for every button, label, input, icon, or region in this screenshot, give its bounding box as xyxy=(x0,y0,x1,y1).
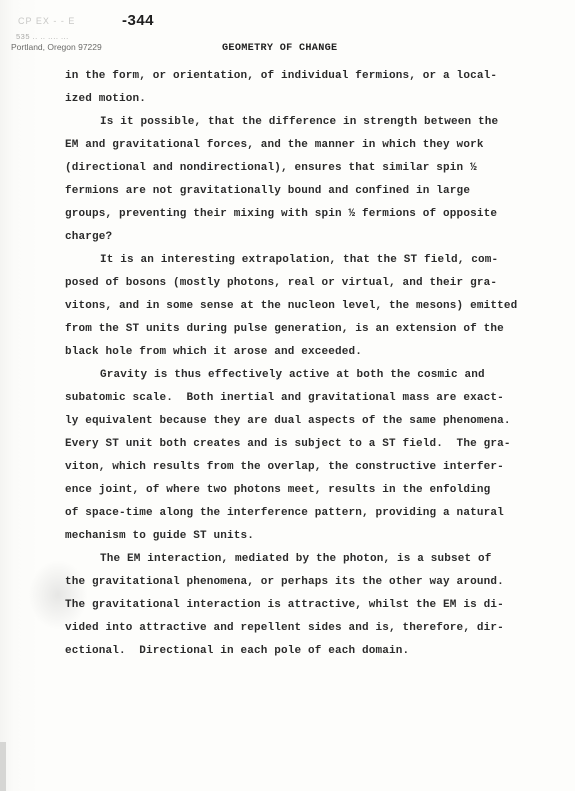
stamp-address-line1: 535 .. .. .... ... xyxy=(16,32,69,41)
body-text: in the form, or orientation, of individu… xyxy=(65,65,535,663)
text-line: Gravity is thus effectively active at bo… xyxy=(65,364,535,387)
text-line: ized motion. xyxy=(65,88,535,111)
text-line: mechanism to guide ST units. xyxy=(65,525,535,548)
text-line: Every ST unit both creates and is subjec… xyxy=(65,433,535,456)
text-line: charge? xyxy=(65,226,535,249)
text-line: viton, which results from the overlap, t… xyxy=(65,456,535,479)
paragraph: The EM interaction, mediated by the phot… xyxy=(65,548,535,663)
text-line: groups, preventing their mixing with spi… xyxy=(65,203,535,226)
text-line: in the form, or orientation, of individu… xyxy=(65,65,535,88)
text-line: ence joint, of where two photons meet, r… xyxy=(65,479,535,502)
text-line: the gravitational phenomena, or perhaps … xyxy=(65,571,535,594)
page-title: GEOMETRY OF CHANGE xyxy=(222,43,337,54)
text-line: fermions are not gravitationally bound a… xyxy=(65,180,535,203)
faint-stamp-text: CP EX - - E xyxy=(18,16,75,26)
text-line: EM and gravitational forces, and the man… xyxy=(65,134,535,157)
paragraph: Is it possible, that the difference in s… xyxy=(65,111,535,249)
text-line: It is an interesting extrapolation, that… xyxy=(65,249,535,272)
text-line: Is it possible, that the difference in s… xyxy=(65,111,535,134)
text-line: vided into attractive and repellent side… xyxy=(65,617,535,640)
text-line: subatomic scale. Both inertial and gravi… xyxy=(65,387,535,410)
paragraph: in the form, or orientation, of individu… xyxy=(65,65,535,111)
text-line: The EM interaction, mediated by the phot… xyxy=(65,548,535,571)
text-line: posed of bosons (mostly photons, real or… xyxy=(65,272,535,295)
text-line: The gravitational interaction is attract… xyxy=(65,594,535,617)
handwritten-page-number: -344 xyxy=(122,12,154,29)
paragraph: It is an interesting extrapolation, that… xyxy=(65,249,535,364)
text-line: (directional and nondirectional), ensure… xyxy=(65,157,535,180)
text-line: vitons, and in some sense at the nucleon… xyxy=(65,295,535,318)
text-line: ly equivalent because they are dual aspe… xyxy=(65,410,535,433)
scan-edge-shadow xyxy=(0,742,6,791)
document-page: CP EX - - E -344 535 .. .. .... ... Port… xyxy=(0,0,575,791)
text-line: ectional. Directional in each pole of ea… xyxy=(65,640,535,663)
text-line: black hole from which it arose and excee… xyxy=(65,341,535,364)
stamp-address-line2: Portland, Oregon 97229 xyxy=(11,42,102,52)
text-line: from the ST units during pulse generatio… xyxy=(65,318,535,341)
paragraph: Gravity is thus effectively active at bo… xyxy=(65,364,535,548)
text-line: of space-time along the interference pat… xyxy=(65,502,535,525)
